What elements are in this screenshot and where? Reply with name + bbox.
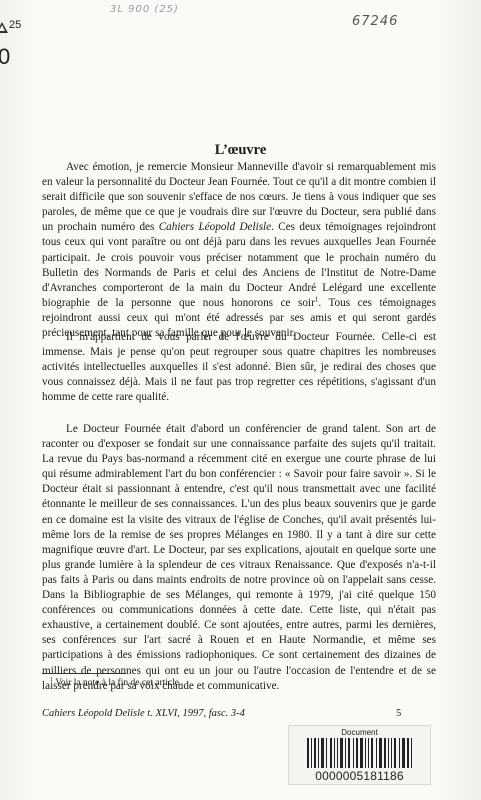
- barcode-icon: [307, 738, 413, 768]
- paragraph-3: Le Docteur Fournée était d'abord un conf…: [42, 422, 436, 694]
- document-page: 25 0 3L 900 (25) 67246 L’œuvre Avec émot…: [0, 0, 481, 800]
- article-title: L’œuvre: [0, 142, 481, 159]
- footnote-divider: [42, 673, 126, 674]
- corner-digit: 0: [0, 44, 10, 70]
- footnote-text: Voir la note à la fin de cet article.: [53, 678, 181, 688]
- footnote: 1 Voir la note à la fin de cet article.: [50, 677, 181, 688]
- barcode-label: Document 0000005181186: [288, 725, 431, 785]
- paragraph-2: Il m'appartient de vous parler de l'œuvr…: [42, 330, 436, 405]
- paragraph-1: Avec émotion, je remercie Monsieur Manne…: [42, 160, 436, 341]
- journal-title-italic: Cahiers Léopold Delisle: [159, 221, 271, 233]
- page-number: 5: [396, 708, 401, 719]
- corner-superscript: 25: [9, 19, 21, 31]
- paragraph-1-text-cont: . Ces deux témoignages rejoindront tous …: [42, 221, 436, 308]
- handwritten-number: 67246: [352, 14, 398, 29]
- running-footer-title: Cahiers Léopold Delisle t. XLVI, 1997, f…: [42, 708, 245, 719]
- barcode-title: Document: [289, 728, 430, 737]
- barcode-number: 0000005181186: [289, 769, 430, 783]
- handwritten-shelfmark: 3L 900 (25): [110, 4, 179, 15]
- triangle-icon: [0, 22, 8, 33]
